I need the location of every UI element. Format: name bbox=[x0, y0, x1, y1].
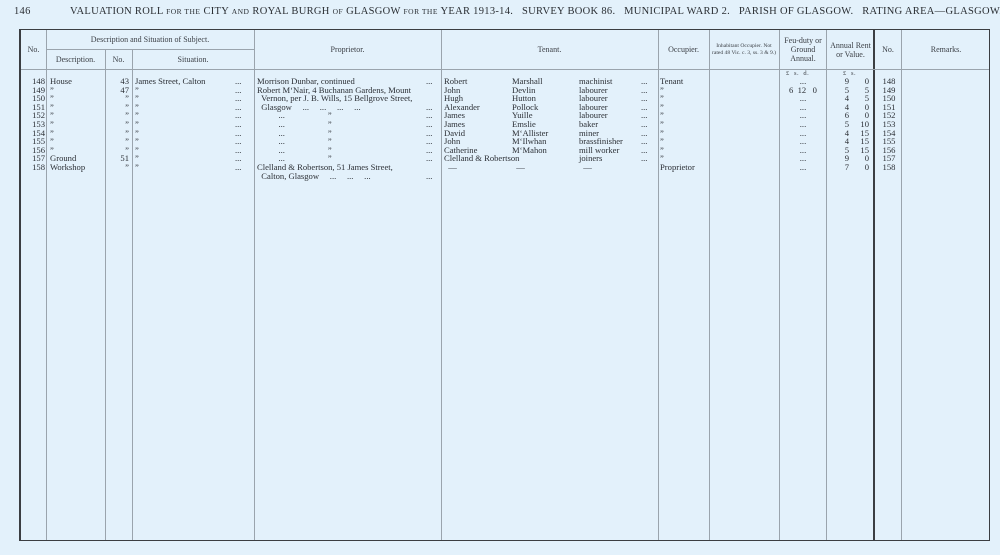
row-description: ” bbox=[50, 86, 105, 95]
row-occupier: ” bbox=[660, 94, 708, 103]
row-occupier: ” bbox=[660, 137, 708, 146]
header-no: No. bbox=[21, 30, 46, 69]
header-proprietor: Proprietor. bbox=[254, 30, 441, 69]
row-description: ” bbox=[50, 103, 105, 112]
header-inhabitant-occupier: Inhabitant Occupier. Not rated 48 Vic. c… bbox=[711, 30, 777, 69]
row-feu-duty: ... bbox=[781, 163, 825, 172]
row-situation: ” bbox=[135, 86, 235, 95]
row-subject-no: ” bbox=[105, 163, 129, 172]
divider bbox=[46, 30, 47, 540]
row-situation: James Street, Calton bbox=[135, 77, 235, 86]
divider bbox=[254, 30, 255, 540]
row-occupier: ” bbox=[660, 86, 708, 95]
row-occupier: ” bbox=[660, 129, 708, 138]
row-situation: ” bbox=[135, 154, 235, 163]
row-situation: ” bbox=[135, 146, 235, 155]
divider bbox=[901, 30, 902, 540]
row-occupier: ” bbox=[660, 146, 708, 155]
row-proprietor-dots: ... bbox=[426, 77, 440, 86]
row-no: 158 bbox=[21, 163, 45, 172]
row-proprietor-dots: ... bbox=[426, 154, 440, 163]
divider bbox=[441, 30, 442, 540]
row-rent-pounds: 7 bbox=[829, 163, 849, 172]
header-annual-rent: Annual Rent or Value. bbox=[829, 30, 872, 69]
row-occupier: ” bbox=[660, 103, 708, 112]
header-subject-no: No. bbox=[105, 49, 132, 69]
page-number: 146 bbox=[14, 6, 31, 17]
row-situation-dots: ... bbox=[235, 163, 251, 172]
page-title: VALUATION ROLL FOR THE CITY AND ROYAL BU… bbox=[70, 6, 1000, 17]
row-description: ” bbox=[50, 111, 105, 120]
valuation-table: No. Description and Situation of Subject… bbox=[19, 29, 990, 541]
row-occupier: Tenant bbox=[660, 77, 708, 86]
divider bbox=[658, 30, 659, 540]
row-occupation: — bbox=[579, 163, 639, 172]
row-occupier: ” bbox=[660, 120, 708, 129]
header-no-right: No. bbox=[875, 30, 901, 69]
row-situation: ” bbox=[135, 111, 235, 120]
row-no-right: 158 bbox=[877, 163, 901, 172]
divider bbox=[826, 30, 827, 540]
divider bbox=[709, 30, 710, 540]
row-tenant-surname: — bbox=[512, 163, 572, 172]
header-description-group: Description and Situation of Subject. bbox=[46, 30, 254, 49]
divider bbox=[779, 30, 780, 540]
row-description: ” bbox=[50, 94, 105, 103]
header-situation: Situation. bbox=[132, 49, 254, 69]
row-situation: ” bbox=[135, 103, 235, 112]
row-situation: ” bbox=[135, 120, 235, 129]
row-tenant-first-name: — bbox=[444, 163, 510, 172]
row-description: ” bbox=[50, 129, 105, 138]
header-occupier: Occupier. bbox=[658, 30, 709, 69]
row-rent-shillings: 0 bbox=[851, 163, 869, 172]
row-situation: ” bbox=[135, 129, 235, 138]
row-description: House bbox=[50, 77, 105, 86]
header-feu-duty: Feu-duty or Ground Annual. bbox=[781, 30, 825, 69]
header-remarks: Remarks. bbox=[902, 30, 990, 69]
row-situation: ” bbox=[135, 94, 235, 103]
row-description: ” bbox=[50, 120, 105, 129]
header-tenant: Tenant. bbox=[441, 30, 658, 69]
row-occupier: Proprietor bbox=[660, 163, 708, 172]
row-situation: ” bbox=[135, 137, 235, 146]
row-situation: ” bbox=[135, 163, 235, 172]
page-header: 146 VALUATION ROLL FOR THE CITY AND ROYA… bbox=[14, 6, 994, 20]
row-proprietor-dots: ... bbox=[426, 172, 440, 181]
row-occupier: ” bbox=[660, 111, 708, 120]
row-description: ” bbox=[50, 137, 105, 146]
row-description: Workshop bbox=[50, 163, 105, 172]
divider bbox=[873, 30, 875, 540]
header-description: Description. bbox=[46, 49, 105, 69]
row-proprietor: Calton, Glasgow ... ... ... bbox=[257, 172, 427, 181]
row-tenant-surname: M‘Mahon bbox=[512, 146, 572, 155]
divider bbox=[132, 49, 133, 540]
row-tenant-dots: ... bbox=[641, 154, 655, 163]
